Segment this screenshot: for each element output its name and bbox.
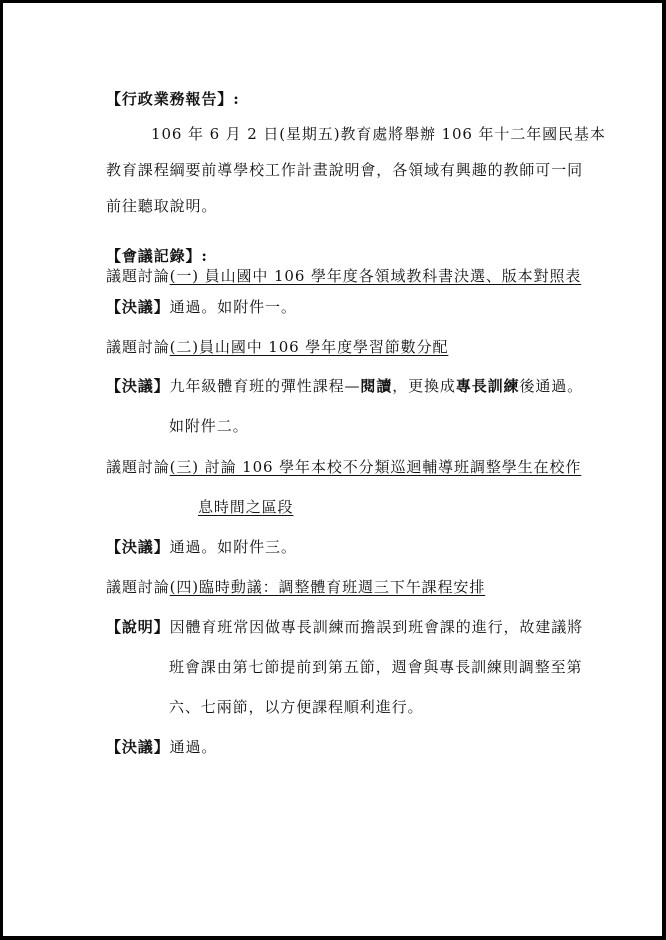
- agenda-topic: (二)員山國中 106 學年度學習節數分配: [170, 338, 449, 356]
- agenda-prefix: 議題討論: [106, 458, 170, 476]
- admin-report-line-1: 106 年 6 月 2 日(星期五)教育處將舉辦 106 年十二年國民基本: [151, 124, 606, 144]
- resolution-text: 通過。如附件三。: [170, 538, 297, 556]
- resolution-4: 【決議】通過。: [106, 737, 217, 757]
- resolution-label: 【決議】: [106, 738, 170, 756]
- note-label: 【說明】: [106, 618, 170, 636]
- agenda-prefix: 議題討論: [106, 267, 170, 285]
- note-text: 因體育班常因做專長訓練而擔誤到班會課的進行，故建議將: [170, 618, 583, 636]
- resolution-text: 九年級體育班的彈性課程—: [170, 377, 361, 395]
- admin-report-line-3: 前往聽取說明。: [106, 196, 217, 216]
- resolution-text: 通過。如附件一。: [170, 298, 297, 316]
- resolution-label: 【決議】: [106, 538, 170, 556]
- admin-report-line-2: 教育課程綱要前導學校工作計畫說明會，各領域有興趣的教師可一同: [106, 160, 583, 180]
- admin-report-heading: 【行政業務報告】:: [106, 89, 240, 109]
- agenda-item-2: 議題討論(二)員山國中 106 學年度學習節數分配: [106, 337, 448, 357]
- agenda-topic: (三) 討論 106 學年本校不分類巡迴輔導班調整學生在校作: [170, 458, 582, 476]
- resolution-emphasis: 閱讀: [360, 377, 392, 395]
- note-4-line-2: 班會課由第七節提前到第五節，週會與專長訓練則調整至第: [169, 657, 582, 677]
- resolution-label: 【決議】: [106, 377, 170, 395]
- agenda-prefix: 議題討論: [106, 338, 170, 356]
- resolution-3: 【決議】通過。如附件三。: [106, 537, 297, 557]
- resolution-emphasis: 專長訓練: [456, 377, 520, 395]
- resolution-1: 【決議】通過。如附件一。: [106, 297, 297, 317]
- resolution-2-cont: 如附件二。: [169, 416, 249, 436]
- note-4-line-3: 六、七兩節，以方便課程順利進行。: [169, 697, 423, 717]
- minutes-heading: 【會議記錄】:: [106, 246, 208, 266]
- agenda-prefix: 議題討論: [106, 578, 170, 596]
- resolution-label: 【決議】: [106, 298, 170, 316]
- agenda-item-4: 議題討論(四)臨時動議：調整體育班週三下午課程安排: [106, 577, 485, 597]
- note-4: 【說明】因體育班常因做專長訓練而擔誤到班會課的進行，故建議將: [106, 617, 583, 637]
- resolution-text: 後通過。: [519, 377, 583, 395]
- resolution-text: ，更換成: [392, 377, 456, 395]
- resolution-text: 通過。: [170, 738, 218, 756]
- agenda-item-3: 議題討論(三) 討論 106 學年本校不分類巡迴輔導班調整學生在校作: [106, 457, 581, 477]
- resolution-2: 【決議】九年級體育班的彈性課程—閱讀，更換成專長訓練後通過。: [106, 376, 583, 396]
- agenda-topic: (一) 員山國中 106 學年度各領域教科書決選、版本對照表: [170, 267, 582, 285]
- document-page: 【行政業務報告】: 106 年 6 月 2 日(星期五)教育處將舉辦 106 年…: [0, 0, 666, 940]
- agenda-item-3-cont: 息時間之區段: [198, 497, 293, 517]
- agenda-topic: (四)臨時動議：調整體育班週三下午課程安排: [170, 578, 486, 596]
- agenda-item-1: 議題討論(一) 員山國中 106 學年度各領域教科書決選、版本對照表: [106, 266, 581, 286]
